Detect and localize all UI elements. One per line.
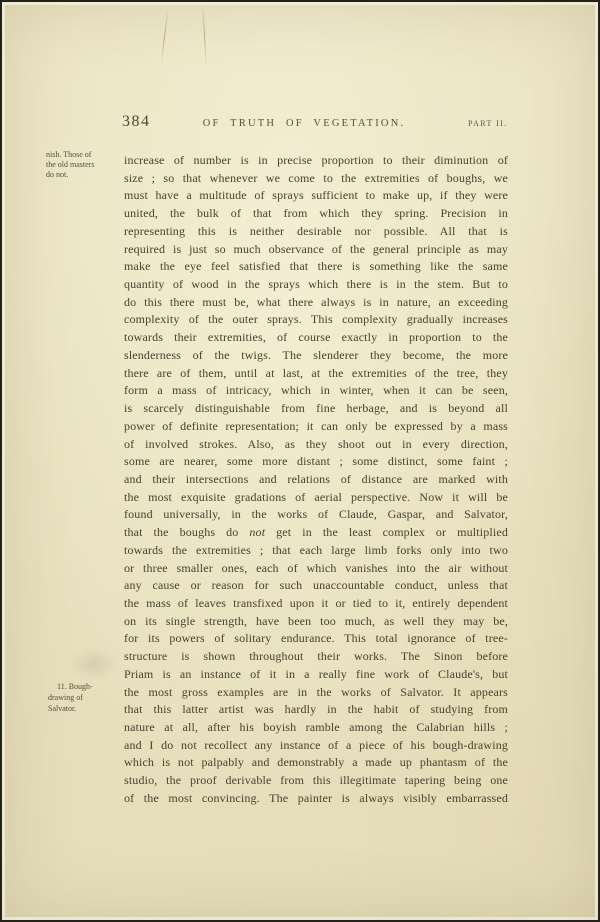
body-text-line: slenderness of the twigs. The slenderer … (124, 347, 508, 365)
body-text-line: on its single strength, have been too mu… (124, 613, 508, 631)
body-text-line: required is just so much observance of t… (124, 241, 508, 259)
body-text-line: and their intersections and relations of… (124, 471, 508, 489)
body-text-line: and I do not recollect any instance of a… (124, 737, 508, 755)
body-text-line: quantity of wood in the sprays which the… (124, 276, 508, 294)
body-text-line: do this there must be, what there always… (124, 294, 508, 312)
body-text-line: the most exquisite gradations of aerial … (124, 489, 508, 507)
body-text-line: that the boughs do not get in the least … (124, 524, 508, 542)
body-text-line: which is not palpably and demonstrably a… (124, 754, 508, 772)
scan-smudge (68, 647, 120, 681)
body-text-line: the mass of leaves transfixed upon it or… (124, 595, 508, 613)
body-text-line: there are of them, until at last, at the… (124, 365, 508, 383)
body-text-line: of the most convincing. The painter is a… (124, 790, 508, 808)
margin-note-line: the old masters (46, 160, 120, 170)
body-text-line: size ; so that whenever we come to the e… (124, 170, 508, 188)
body-text-line: studio, the proof derivable from this il… (124, 772, 508, 790)
body-text-line: towards the extremities ; that each larg… (124, 542, 508, 560)
scan-scratch-mark (160, 8, 168, 66)
margin-note-line: do not. (46, 170, 120, 180)
margin-note-line: 11. Bough- (48, 681, 120, 692)
body-text-line: found universally, in the works of Claud… (124, 506, 508, 524)
body-text-line: the most gross examples are in the works… (124, 684, 508, 702)
body-text-line: form a mass of intricacy, which in winte… (124, 382, 508, 400)
book-page-scan: 384 OF TRUTH OF VEGETATION. PART II. nis… (0, 0, 600, 922)
body-text-line: is scarcely distinguishable from fine he… (124, 400, 508, 418)
body-text-line: any cause or reason for such unaccountab… (124, 577, 508, 595)
scan-scratch-mark (202, 4, 206, 66)
body-text-line: united, the bulk of that from which they… (124, 205, 508, 223)
body-text-line: for its powers of solitary endurance. Th… (124, 630, 508, 648)
margin-note-line: Salvator. (48, 703, 120, 714)
body-text-line: towards their extremities, of course exa… (124, 329, 508, 347)
margin-note-line: nish. Those of (46, 150, 120, 160)
body-text-line: that this latter artist was hardly in th… (124, 701, 508, 719)
body-text-line: increase of number is in precise proport… (124, 152, 508, 170)
body-text-line: of involved strokes. Also, as they shoot… (124, 436, 508, 454)
margin-note-bough-drawing: 11. Bough-drawing ofSalvator. (48, 681, 120, 714)
margin-note-line: drawing of (48, 692, 120, 703)
body-text-line: nature at all, after his boyish ramble a… (124, 719, 508, 737)
part-label: PART II. (468, 119, 528, 128)
body-text-line: make the eye feel satisfied that there i… (124, 258, 508, 276)
body-text-line: power of definite representation; it can… (124, 418, 508, 436)
margin-note-old-masters: nish. Those ofthe old mastersdo not. (46, 150, 120, 180)
body-text-line: some are nearer, some more distant ; som… (124, 453, 508, 471)
body-text-line: complexity of the outer sprays. This com… (124, 311, 508, 329)
body-text-line: representing this is neither desirable n… (124, 223, 508, 241)
body-text-line: structure is shown throughout their work… (124, 648, 508, 666)
running-title: OF TRUTH OF VEGETATION. (124, 118, 484, 129)
body-text-column: increase of number is in precise proport… (124, 152, 508, 808)
body-text-line: or three smaller ones, each of which van… (124, 560, 508, 578)
body-text-line: Priam is an instance of it in a really f… (124, 666, 508, 684)
body-text-line: must have a multitude of sprays sufficie… (124, 187, 508, 205)
